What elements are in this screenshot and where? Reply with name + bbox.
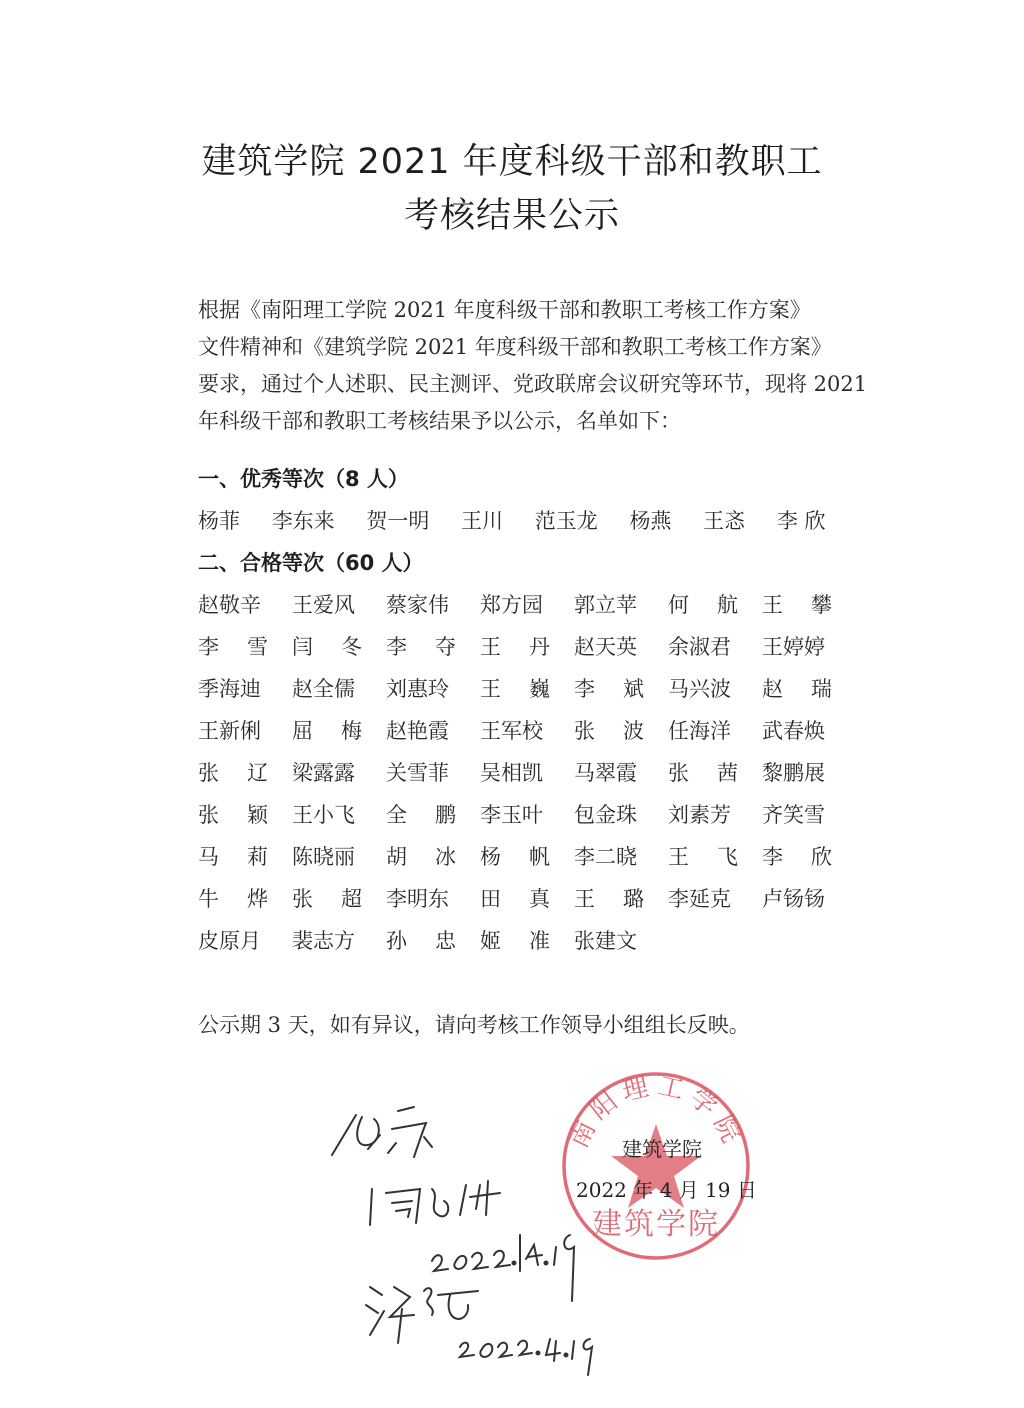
handwritten-signatures bbox=[310, 1085, 630, 1385]
name-item: 齐笑雪 bbox=[762, 799, 832, 829]
name-item: 包金珠 bbox=[574, 799, 644, 829]
qualified-names-grid: 赵敬辛王爱风蔡家伟郑方园郭立苹何航王攀李雪闫冬李夺王丹赵天英余淑君王婷婷季海迪赵… bbox=[198, 589, 848, 967]
name-item: 姬准 bbox=[480, 925, 550, 955]
name-item: 全鹏 bbox=[386, 799, 456, 829]
name-item: 杨帆 bbox=[480, 841, 550, 871]
name-item: 王攀 bbox=[762, 589, 832, 619]
name-item: 王丹 bbox=[480, 631, 550, 661]
intro-paragraph: 根据《南阳理工学院 2021 年度科级干部和教职工考核工作方案》 文件精神和《建… bbox=[198, 292, 848, 440]
name-item: 王璐 bbox=[574, 883, 644, 913]
name-item: 关雪菲 bbox=[386, 757, 456, 787]
intro-line-4: 年科级干部和教职工考核结果予以公示，名单如下： bbox=[198, 403, 848, 440]
names-row: 皮原月裴志方孙忠姬准张建文 bbox=[198, 925, 848, 967]
excellent-names-row: 杨菲 李东来 贺一明 王川 范玉龙 杨燕 王忞 李 欣 bbox=[198, 505, 851, 535]
name-item: 陈晓丽 bbox=[292, 841, 362, 871]
name-item: 李欣 bbox=[762, 841, 832, 871]
name-item: 赵全儒 bbox=[292, 673, 362, 703]
names-row: 李雪闫冬李夺王丹赵天英余淑君王婷婷 bbox=[198, 631, 848, 673]
name-item: 李延克 bbox=[668, 883, 738, 913]
section-heading-excellent: 一、优秀等次（8 人） bbox=[198, 463, 409, 493]
name-item: 刘素芳 bbox=[668, 799, 738, 829]
name-item: 蔡家伟 bbox=[386, 589, 456, 619]
name-item: 郭立苹 bbox=[574, 589, 644, 619]
section-heading-qualified: 二、合格等次（60 人） bbox=[198, 547, 424, 577]
name-item: 范玉龙 bbox=[535, 509, 598, 533]
intro-line-2: 文件精神和《建筑学院 2021 年度科级干部和教职工考核工作方案》 bbox=[198, 329, 848, 366]
name-item: 张颖 bbox=[198, 799, 268, 829]
name-item: 杨菲 bbox=[198, 509, 240, 533]
name-item: 武春焕 bbox=[762, 715, 832, 745]
name-item: 季海迪 bbox=[198, 673, 268, 703]
name-item: 任海洋 bbox=[668, 715, 738, 745]
name-item: 赵天英 bbox=[574, 631, 644, 661]
names-row: 马莉陈晓丽胡冰杨帆李二晓王飞李欣 bbox=[198, 841, 848, 883]
names-row: 赵敬辛王爱风蔡家伟郑方园郭立苹何航王攀 bbox=[198, 589, 848, 631]
name-item: 余淑君 bbox=[668, 631, 738, 661]
name-item: 胡冰 bbox=[386, 841, 456, 871]
names-row: 张颖王小飞全鹏李玉叶包金珠刘素芳齐笑雪 bbox=[198, 799, 848, 841]
name-item: 黎鹏展 bbox=[762, 757, 832, 787]
name-item: 李玉叶 bbox=[480, 799, 550, 829]
names-row: 张辽梁露露关雪菲吴相凯马翠霞张茜黎鹏展 bbox=[198, 757, 848, 799]
name-item: 张茜 bbox=[668, 757, 738, 787]
name-item: 李斌 bbox=[574, 673, 644, 703]
name-item: 屈梅 bbox=[292, 715, 362, 745]
name-item: 赵敬辛 bbox=[198, 589, 268, 619]
name-item: 王爱风 bbox=[292, 589, 362, 619]
name-item: 王忞 bbox=[703, 509, 745, 533]
name-item: 吴相凯 bbox=[480, 757, 550, 787]
name-item: 贺一明 bbox=[366, 509, 429, 533]
name-item: 王川 bbox=[461, 509, 503, 533]
names-row: 牛烨张超李明东田真王璐李延克卢钖钖 bbox=[198, 883, 848, 925]
name-item: 李二晓 bbox=[574, 841, 644, 871]
name-item: 李 欣 bbox=[777, 509, 826, 533]
name-item: 王巍 bbox=[480, 673, 550, 703]
name-item: 皮原月 bbox=[198, 925, 268, 955]
name-item: 王婷婷 bbox=[762, 631, 832, 661]
name-item: 牛烨 bbox=[198, 883, 268, 913]
intro-line-3: 要求，通过个人述职、民主测评、党政联席会议研究等环节，现将 2021 bbox=[198, 366, 848, 403]
name-item: 何航 bbox=[668, 589, 738, 619]
signing-organization: 建筑学院 bbox=[622, 1133, 702, 1162]
document-title-line2: 考核结果公示 bbox=[0, 188, 1024, 238]
name-item: 李雪 bbox=[198, 631, 268, 661]
document-title-line1: 建筑学院 2021 年度科级干部和教职工 bbox=[0, 134, 1024, 184]
name-item: 马莉 bbox=[198, 841, 268, 871]
name-item: 孙忠 bbox=[386, 925, 456, 955]
name-item: 李明东 bbox=[386, 883, 456, 913]
name-item: 李东来 bbox=[272, 509, 335, 533]
name-item: 杨燕 bbox=[629, 509, 671, 533]
name-item: 赵艳霞 bbox=[386, 715, 456, 745]
name-item: 张超 bbox=[292, 883, 362, 913]
notice-text: 公示期 3 天，如有异议，请向考核工作领导小组组长反映。 bbox=[198, 1009, 750, 1039]
names-row: 王新俐屈梅赵艳霞王军校张波任海洋武春焕 bbox=[198, 715, 848, 757]
name-item: 卢钖钖 bbox=[762, 883, 832, 913]
name-item: 李夺 bbox=[386, 631, 456, 661]
name-item: 张辽 bbox=[198, 757, 268, 787]
name-item: 裴志方 bbox=[292, 925, 362, 955]
name-item: 王新俐 bbox=[198, 715, 268, 745]
name-item: 马兴波 bbox=[668, 673, 738, 703]
name-item: 王军校 bbox=[480, 715, 550, 745]
name-item: 郑方园 bbox=[480, 589, 550, 619]
document-page: 建筑学院 2021 年度科级干部和教职工 考核结果公示 根据《南阳理工学院 20… bbox=[0, 0, 1024, 1408]
name-item: 王飞 bbox=[668, 841, 738, 871]
name-item: 闫冬 bbox=[292, 631, 362, 661]
name-item: 梁露露 bbox=[292, 757, 362, 787]
handwriting-icon bbox=[310, 1085, 630, 1385]
name-item: 王小飞 bbox=[292, 799, 362, 829]
name-item: 田真 bbox=[480, 883, 550, 913]
name-item: 刘惠玲 bbox=[386, 673, 456, 703]
intro-line-1: 根据《南阳理工学院 2021 年度科级干部和教职工考核工作方案》 bbox=[198, 292, 848, 329]
name-item: 赵瑞 bbox=[762, 673, 832, 703]
names-row: 季海迪赵全儒刘惠玲王巍李斌马兴波赵瑞 bbox=[198, 673, 848, 715]
name-item: 马翠霞 bbox=[574, 757, 644, 787]
name-item: 张波 bbox=[574, 715, 644, 745]
name-item: 张建文 bbox=[574, 925, 644, 955]
